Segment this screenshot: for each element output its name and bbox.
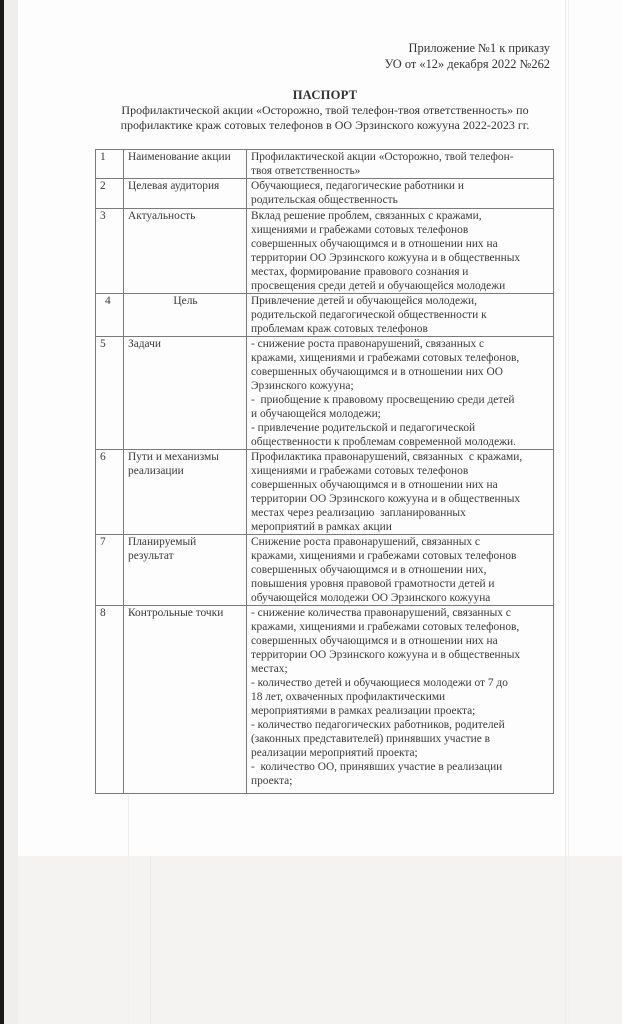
row-content: Снижение роста правонарушений, связанных… [247,535,554,606]
content-line: мероприятиями в рамках реализации проект… [251,704,550,718]
content-line: территории ОО Эрзинского кожууна и в общ… [251,251,550,265]
content-line: Эрзинского кожууна; [251,379,550,393]
content-line: кражами, хищениями и грабежами сотовых т… [251,549,550,563]
row-label: Задачи [124,337,247,450]
row-content: Вклад решение проблем, связанных с кража… [247,209,554,294]
content-line: и обучающейся молодежи; [251,407,550,421]
content-line: родительская общественность [251,193,550,207]
content-line: Профилактика правонарушений, связанных с… [251,450,550,464]
passport-table: 1Наименование акцииПрофилактической акци… [95,149,554,794]
content-line: местах через реализацию запланированных [251,506,550,520]
table-row: 4ЦельПривлечение детей и обучающейся мол… [96,294,554,337]
content-line: - привлечение родительской и педагогичес… [251,421,550,435]
row-content: Профилактика правонарушений, связанных с… [247,450,554,535]
content-line: совершенных обучающимся и в отношении ни… [251,365,550,379]
table-row: 3АктуальностьВклад решение проблем, связ… [96,209,554,294]
content-line: 18 лет, охваченных профилактическими [251,690,550,704]
row-label: Наименование акции [124,150,247,179]
row-content: Привлечение детей и обучающейся молодежи… [247,294,554,337]
row-number: 6 [96,450,124,535]
content-line: - приобщение к правовому просвещению сре… [251,393,550,407]
table-row: 2Целевая аудиторияОбучающиеся, педагогич… [96,179,554,209]
content-line: совершенных обучающимся и в отношении ни… [251,478,550,492]
content-line: Вклад решение проблем, связанных с кража… [251,209,550,223]
content-line: просвещения среди детей и обучающейся мо… [251,279,550,293]
document-page: Приложение №1 к приказу УО от «12» декаб… [0,0,622,1024]
row-number: 2 [96,179,124,209]
content-line: обучающейся молодежи ОО Эрзинского кожуу… [251,591,550,605]
document-title: ПАСПОРТ [90,87,560,103]
row-content: - снижение количества правонарушений, св… [247,606,554,794]
row-label: Целевая аудитория [124,179,247,209]
row-label: Пути и механизмы реализации [124,450,247,535]
content-line: - снижение количества правонарушений, св… [251,606,550,620]
content-line: реализации мероприятий проекта; [251,746,550,760]
content-line: местах, формирование правового сознания … [251,265,550,279]
row-label: Планируемый результат [124,535,247,606]
table-row: 6Пути и механизмы реализацииПрофилактика… [96,450,554,535]
content-line: местах; [251,662,550,676]
document-subtitle-line-2: профилактике краж сотовых телефонов в ОО… [90,118,560,133]
appendix-reference: Приложение №1 к приказу УО от «12» декаб… [385,40,550,72]
content-line: совершенных обучающимся и в отношении ни… [251,563,550,577]
row-label: Актуальность [124,209,247,294]
content-line: - снижение роста правонарушений, связанн… [251,337,550,351]
content-line: родительской педагогической общественнос… [251,308,550,322]
content-line: общественности к проблемам современной м… [251,435,550,449]
row-number: 1 [96,150,124,179]
table-row: 7Планируемый результатСнижение роста пра… [96,535,554,606]
content-line: мероприятий в рамках акции [251,520,550,534]
content-line: - количество детей и обучающиеся молодеж… [251,676,550,690]
content-line: - количество ОО, принявших участие в реа… [251,760,550,774]
content-line: (законных представителей) принявших учас… [251,732,550,746]
content-line: проблемам краж сотовых телефонов [251,322,550,336]
title-block: ПАСПОРТ Профилактической акции «Осторожн… [90,87,560,133]
table-row: 1Наименование акцииПрофилактической акци… [96,150,554,179]
content-line: кражами, хищениями и грабежами сотовых т… [251,351,550,365]
content-line: Профилактической акции «Осторожно, твой … [251,150,550,164]
row-content: - снижение роста правонарушений, связанн… [247,337,554,450]
content-line: - количество педагогических работников, … [251,718,550,732]
row-number: 8 [96,606,124,794]
content-line: твоя ответственность» [251,164,550,178]
table-row: 8Контрольные точки- снижение количества … [96,606,554,794]
content-line: Привлечение детей и обучающейся молодежи… [251,294,550,308]
row-number: 4 [96,294,124,337]
content-line: Обучающиеся, педагогические работники и [251,179,550,193]
appendix-line-1: Приложение №1 к приказу [385,40,550,56]
content-line: повышения уровня правовой грамотности де… [251,577,550,591]
content-line: совершенных обучающимся и в отношении ни… [251,237,550,251]
content-line: территории ОО Эрзинского кожууна и в общ… [251,648,550,662]
table-row: 5Задачи- снижение роста правонарушений, … [96,337,554,450]
content-line: кражами, хищениями и грабежами сотовых т… [251,620,550,634]
row-number: 3 [96,209,124,294]
content-line: хищениями и грабежами сотовых телефонов [251,223,550,237]
document-subtitle-line-1: Профилактической акции «Осторожно, твой … [90,103,560,118]
row-label: Контрольные точки [124,606,247,794]
row-content: Обучающиеся, педагогические работники ир… [247,179,554,209]
row-content: Профилактической акции «Осторожно, твой … [247,150,554,179]
row-number: 7 [96,535,124,606]
content-line: хищениями и грабежами сотовых телефонов [251,464,550,478]
content-line: Снижение роста правонарушений, связанных… [251,535,550,549]
row-label: Цель [124,294,247,337]
content-line: совершенных обучающимся и в отношении ни… [251,634,550,648]
row-number: 5 [96,337,124,450]
content-line: проекта; [251,774,550,788]
content-line: территории ОО Эрзинского кожууна и в общ… [251,492,550,506]
appendix-line-2: УО от «12» декабря 2022 №262 [385,56,550,72]
